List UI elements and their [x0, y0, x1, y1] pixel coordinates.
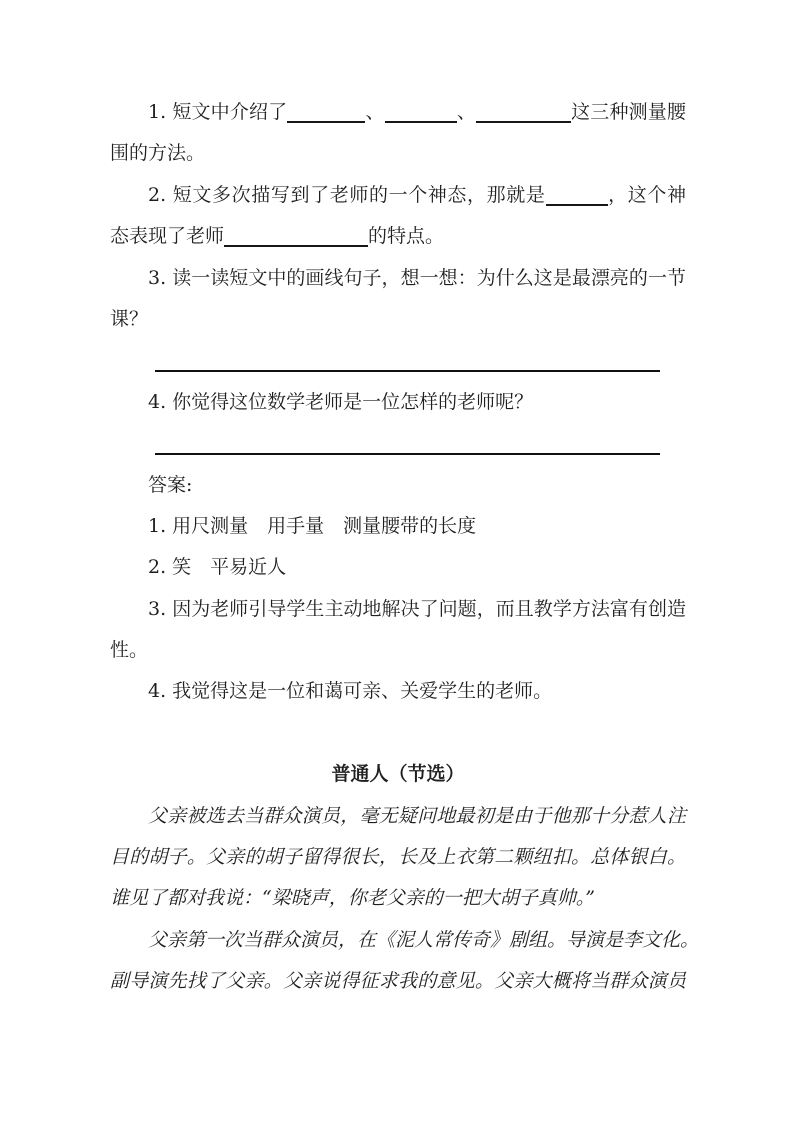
text-run: 性。	[110, 639, 148, 661]
document-page: 1. 短文中介绍了、、这三种测量腰围的方法。2. 短文多次描写到了老师的一个神态…	[0, 0, 793, 1122]
text-run: 1. 短文中介绍了	[148, 101, 287, 123]
text-run: 这三种测量腰	[571, 101, 686, 123]
doc-line: 课？	[110, 299, 686, 340]
text-run: 答案:	[148, 474, 192, 496]
doc-line: 2. 短文多次描写到了老师的一个神态，那就是，这个神	[110, 175, 686, 216]
text-run: 3. 因为老师引导学生主动地解决了问题，而且教学方法富有创造	[148, 598, 686, 620]
text-run: 1. 用尺测量 用手量 测量腰带的长度	[148, 515, 476, 537]
doc-line: 3. 因为老师引导学生主动地解决了问题，而且教学方法富有创造	[110, 589, 686, 630]
text-run: 2. 短文多次描写到了老师的一个神态，那就是	[148, 184, 546, 206]
doc-line: 态表现了老师的特点。	[110, 216, 686, 257]
text-run: 围的方法。	[110, 142, 205, 164]
spacer-line	[110, 713, 686, 754]
text-run: 态表现了老师	[110, 225, 224, 247]
doc-line: 答案:	[110, 465, 686, 506]
doc-line: 4. 你觉得这位数学老师是一位怎样的老师呢？	[110, 382, 686, 423]
text-run: 课？	[110, 308, 148, 330]
doc-line: 3. 读一读短文中的画线句子，想一想：为什么这是最漂亮的一节	[110, 258, 686, 299]
answer-rule-line	[110, 423, 686, 464]
text-run: 、	[365, 101, 384, 123]
doc-line: 1. 用尺测量 用手量 测量腰带的长度	[110, 506, 686, 547]
doc-line: 父亲第一次当群众演员，在《泥人常传奇》剧组。导演是李文化。	[110, 920, 686, 961]
text-run: ，这个神	[608, 184, 686, 206]
text-run: 2. 笑 平易近人	[148, 556, 286, 578]
doc-line: 4. 我觉得这是一位和蔼可亲、关爱学生的老师。	[110, 671, 686, 712]
doc-line: 围的方法。	[110, 133, 686, 174]
fill-in-blank	[385, 120, 457, 123]
passage-title-text: 普通人（节选）	[331, 763, 464, 785]
doc-line: 1. 短文中介绍了、、这三种测量腰	[110, 92, 686, 133]
fill-in-blank	[546, 203, 608, 206]
doc-line: 性。	[110, 630, 686, 671]
answer-rule-line	[110, 340, 686, 381]
text-run: 3. 读一读短文中的画线句子，想一想：为什么这是最漂亮的一节	[148, 267, 686, 289]
fill-in-blank	[287, 120, 365, 123]
passage-title: 普通人（节选）	[110, 754, 686, 795]
text-run: 副导演先找了父亲。父亲说得征求我的意见。父亲大概将当群众演员	[110, 970, 686, 992]
fill-in-blank	[476, 120, 571, 123]
doc-line: 谁见了都对我说：“梁晓声，你老父亲的一把大胡子真帅。”	[110, 878, 686, 919]
answer-write-line	[155, 452, 660, 455]
text-run: 、	[457, 101, 476, 123]
doc-line: 父亲被选去当群众演员，毫无疑问地最初是由于他那十分惹人注	[110, 796, 686, 837]
text-run: 4. 你觉得这位数学老师是一位怎样的老师呢？	[148, 391, 533, 413]
answer-write-line	[155, 369, 660, 372]
doc-line: 2. 笑 平易近人	[110, 547, 686, 588]
text-run: 父亲第一次当群众演员，在《泥人常传奇》剧组。导演是李文化。	[148, 929, 699, 951]
fill-in-blank	[224, 244, 368, 247]
text-run: 4. 我觉得这是一位和蔼可亲、关爱学生的老师。	[148, 680, 552, 702]
text-run: 父亲被选去当群众演员，毫无疑问地最初是由于他那十分惹人注	[148, 805, 686, 827]
text-run: 的特点。	[368, 225, 444, 247]
text-run: 谁见了都对我说：“梁晓声，你老父亲的一把大胡子真帅。”	[110, 887, 595, 909]
doc-line: 目的胡子。父亲的胡子留得很长，长及上衣第二颗纽扣。总体银白。	[110, 837, 686, 878]
doc-line: 副导演先找了父亲。父亲说得征求我的意见。父亲大概将当群众演员	[110, 961, 686, 1002]
text-run: 目的胡子。父亲的胡子留得很长，长及上衣第二颗纽扣。总体银白。	[110, 846, 686, 868]
